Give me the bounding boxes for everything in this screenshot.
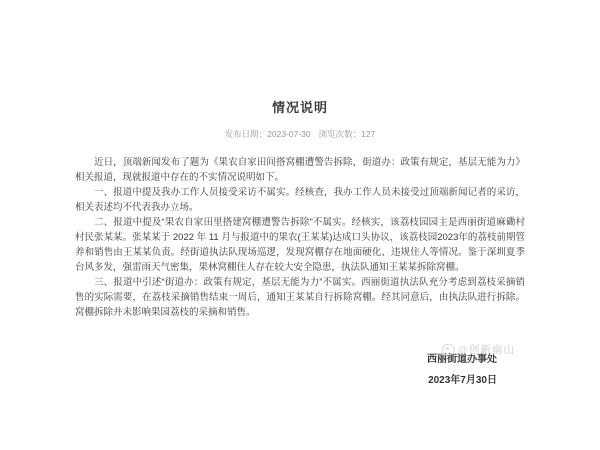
meta-line: 发布日期：2023-07-30浏览次数：127 xyxy=(75,128,525,140)
views-value: 127 xyxy=(361,129,375,139)
statement-document: 情况说明 发布日期：2023-07-30浏览次数：127 近日，顶端新闻发布了题… xyxy=(75,0,525,386)
statement-body: 近日，顶端新闻发布了题为《果农自家田间搭窝棚遭警告拆除，街道办：政策有规定，基层… xyxy=(75,155,525,320)
publish-date-value: 2023-07-30 xyxy=(267,129,310,139)
statement-paragraph: 近日，顶端新闻发布了题为《果农自家田间搭窝棚遭警告拆除，街道办：政策有规定，基层… xyxy=(75,155,525,185)
statement-page: 情况说明 发布日期：2023-07-30浏览次数：127 近日，顶端新闻发布了题… xyxy=(0,0,600,450)
watermark: @创新南山 xyxy=(442,342,515,357)
publish-date-label: 发布日期： xyxy=(225,129,268,139)
statement-paragraph: 二、报道中提及“果农自家田里搭建窝棚遭警告拆除”不属实。经核实，该荔枝园园主是西… xyxy=(75,215,525,275)
watermark-text: @创新南山 xyxy=(458,342,515,357)
statement-paragraph: 三、报道中引述“街道办：政策有规定，基层无能为力”不属实。西丽街道执法队充分考虑… xyxy=(75,275,525,320)
statement-paragraph: 一、报道中提及我办工作人员接受采访不属实。经核查，我办工作人员未接受过顶端新闻记… xyxy=(75,185,525,215)
weibo-eye-icon xyxy=(442,344,455,355)
page-title: 情况说明 xyxy=(75,97,525,116)
signature-date: 2023年7月30日 xyxy=(428,371,497,386)
views-label: 浏览次数： xyxy=(319,129,362,139)
